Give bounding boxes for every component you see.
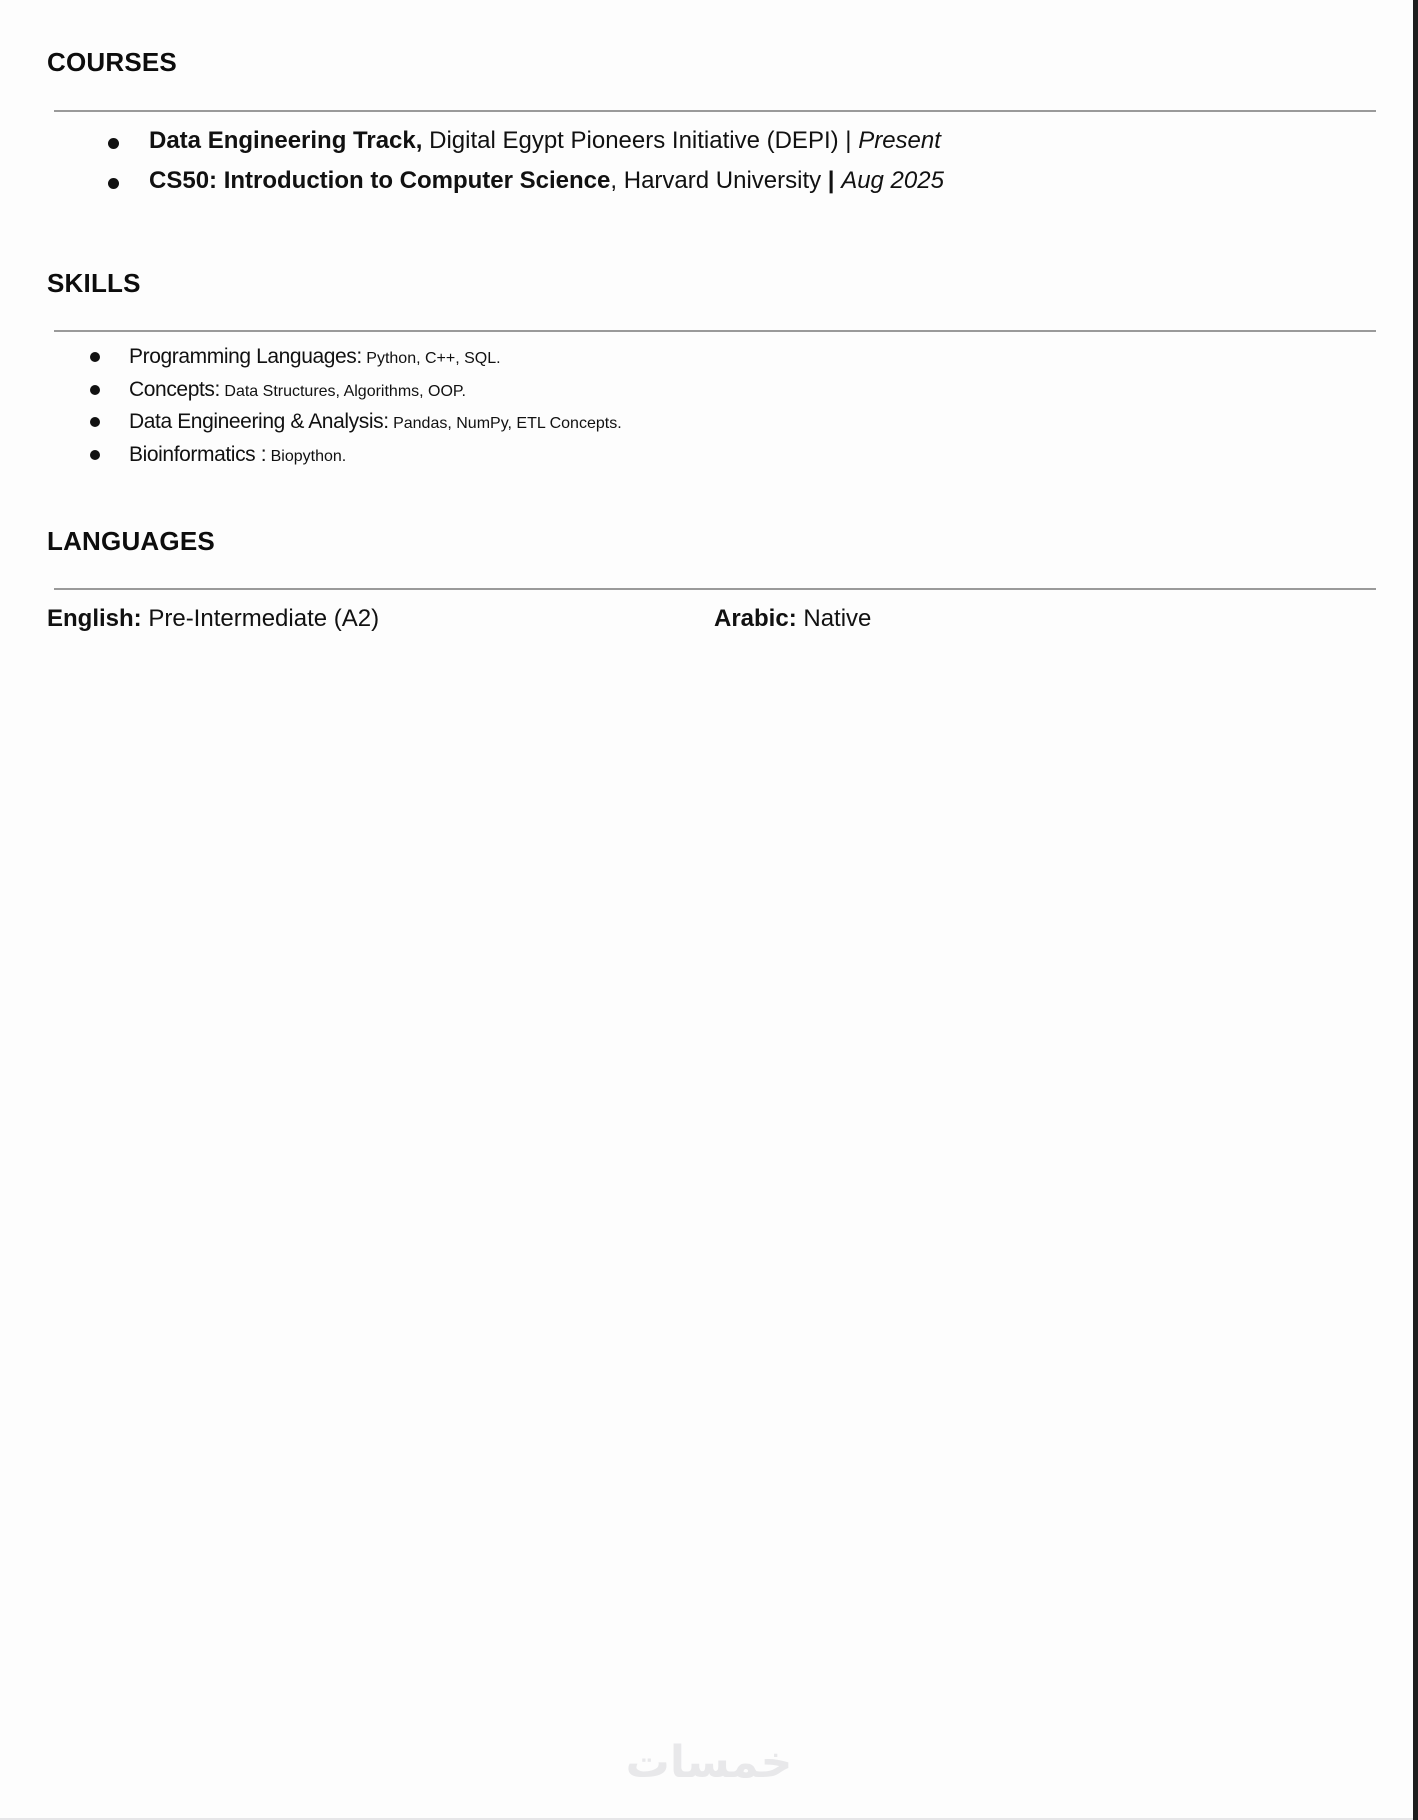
skill-value: Data Structures, Algorithms, OOP. <box>220 383 466 400</box>
skill-item: Data Engineering & Analysis: Pandas, Num… <box>90 407 622 440</box>
bullet-icon <box>90 385 100 395</box>
language-english: English: Pre-Intermediate (A2) <box>47 603 379 635</box>
skill-list: Programming Languages: Python, C++, SQL.… <box>90 342 622 472</box>
skill-item: Programming Languages: Python, C++, SQL. <box>90 342 622 375</box>
bullet-icon <box>108 138 119 149</box>
languages-heading: LANGUAGES <box>47 526 215 556</box>
course-item: Data Engineering Track, Digital Egypt Pi… <box>108 125 944 165</box>
course-item: CS50: Introduction to Computer Science, … <box>108 165 944 205</box>
bullet-icon <box>90 352 100 362</box>
course-title: Data Engineering Track <box>149 127 416 154</box>
skill-label: Bioinformatics : <box>129 443 266 466</box>
course-date: Present <box>858 127 941 154</box>
course-date: Aug 2025 <box>841 167 944 194</box>
bullet-icon <box>90 417 100 427</box>
courses-divider <box>54 110 1376 112</box>
skill-label: Concepts: <box>129 378 220 401</box>
watermark-logo: خمسات <box>623 1738 795 1788</box>
bullet-icon <box>90 450 100 460</box>
resume-page: COURSES Data Engineering Track, Digital … <box>0 0 1413 1818</box>
course-divider: | <box>839 127 859 154</box>
course-institution: Digital Egypt Pioneers Initiative (DEPI) <box>429 127 839 154</box>
skill-value: Pandas, NumPy, ETL Concepts. <box>389 415 622 432</box>
skill-item: Bioinformatics : Biopython. <box>90 440 622 473</box>
course-institution: Harvard University <box>624 167 821 194</box>
languages-divider <box>54 588 1376 590</box>
skills-heading: SKILLS <box>47 268 141 298</box>
language-level: Native <box>797 605 872 632</box>
course-separator: , <box>610 167 623 194</box>
language-name: English: <box>47 605 142 632</box>
course-title: CS50: Introduction to Computer Science <box>149 167 610 194</box>
page-edge-shadow <box>1413 0 1418 1820</box>
courses-heading: COURSES <box>47 47 177 77</box>
language-arabic: Arabic: Native <box>714 603 871 635</box>
skill-value: Python, C++, SQL. <box>362 350 501 367</box>
skill-label: Data Engineering & Analysis: <box>129 410 389 433</box>
course-list: Data Engineering Track, Digital Egypt Pi… <box>108 125 944 205</box>
skills-divider <box>54 330 1376 332</box>
language-level: Pre-Intermediate (A2) <box>142 605 379 632</box>
skill-item: Concepts: Data Structures, Algorithms, O… <box>90 375 622 408</box>
skill-label: Programming Languages: <box>129 345 362 368</box>
language-name: Arabic: <box>714 605 797 632</box>
skill-value: Biopython. <box>266 448 346 465</box>
course-separator: , <box>416 127 429 154</box>
course-divider: | <box>821 167 841 194</box>
bullet-icon <box>108 178 119 189</box>
